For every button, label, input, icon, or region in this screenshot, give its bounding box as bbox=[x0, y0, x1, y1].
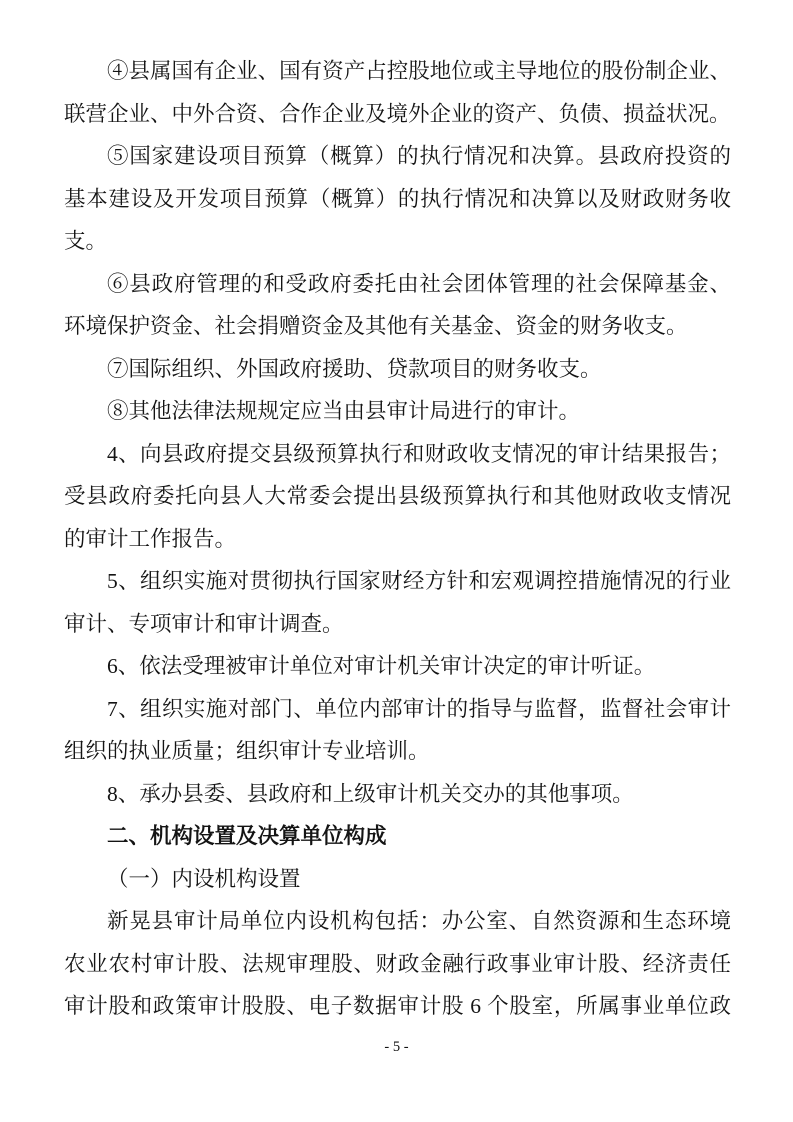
paragraph-line: 受县政府委托向县人大常委会提出县级预算执行和其他财政收支情况 bbox=[64, 475, 731, 518]
paragraph-line: 环境保护资金、社会捐赠资金及其他有关基金、资金的财务收支。 bbox=[64, 305, 731, 348]
paragraph-line: 组织的执业质量；组织审计专业培训。 bbox=[64, 730, 731, 773]
paragraph-line: 审计、专项审计和审计调查。 bbox=[64, 603, 731, 646]
paragraph-line: ⑦国际组织、外国政府援助、贷款项目的财务收支。 bbox=[64, 348, 731, 391]
paragraph-line: ⑥县政府管理的和受政府委托由社会团体管理的社会保障基金、 bbox=[64, 263, 731, 306]
paragraph-line: 的审计工作报告。 bbox=[64, 518, 731, 561]
paragraph-line: ⑤国家建设项目预算（概算）的执行情况和决算。县政府投资的 bbox=[64, 135, 731, 178]
paragraph-line: 审计股和政策审计股股、电子数据审计股 6 个股室，所属事业单位政 bbox=[64, 985, 731, 1028]
paragraph-line: 4、向县政府提交县级预算执行和财政收支情况的审计结果报告； bbox=[64, 433, 731, 476]
paragraph-line: 基本建设及开发项目预算（概算）的执行情况和决算以及财政财务收 bbox=[64, 178, 731, 221]
document-page: ④县属国有企业、国有资产占控股地位或主导地位的股份制企业、联营企业、中外合资、合… bbox=[0, 0, 793, 1122]
paragraph-line: 联营企业、中外合资、合作企业及境外企业的资产、负债、损益状况。 bbox=[64, 93, 731, 136]
paragraph-line: 5、组织实施对贯彻执行国家财经方针和宏观调控措施情况的行业 bbox=[64, 560, 731, 603]
paragraph-line: 支。 bbox=[64, 220, 731, 263]
document-body: ④县属国有企业、国有资产占控股地位或主导地位的股份制企业、联营企业、中外合资、合… bbox=[64, 50, 731, 1028]
paragraph-line: ④县属国有企业、国有资产占控股地位或主导地位的股份制企业、 bbox=[64, 50, 731, 93]
paragraph-line: 农业农村审计股、法规审理股、财政金融行政事业审计股、经济责任 bbox=[64, 943, 731, 986]
section-heading: 二、机构设置及决算单位构成 bbox=[64, 815, 731, 858]
paragraph-line: 新晃县审计局单位内设机构包括：办公室、自然资源和生态环境 bbox=[64, 900, 731, 943]
page-number: - 5 - bbox=[0, 1036, 793, 1058]
paragraph-line: 8、承办县委、县政府和上级审计机关交办的其他事项。 bbox=[64, 773, 731, 816]
paragraph-line: 6、依法受理被审计单位对审计机关审计决定的审计听证。 bbox=[64, 645, 731, 688]
paragraph-line: （一）内设机构设置 bbox=[64, 858, 731, 901]
paragraph-line: 7、组织实施对部门、单位内部审计的指导与监督，监督社会审计 bbox=[64, 688, 731, 731]
paragraph-line: ⑧其他法律法规规定应当由县审计局进行的审计。 bbox=[64, 390, 731, 433]
